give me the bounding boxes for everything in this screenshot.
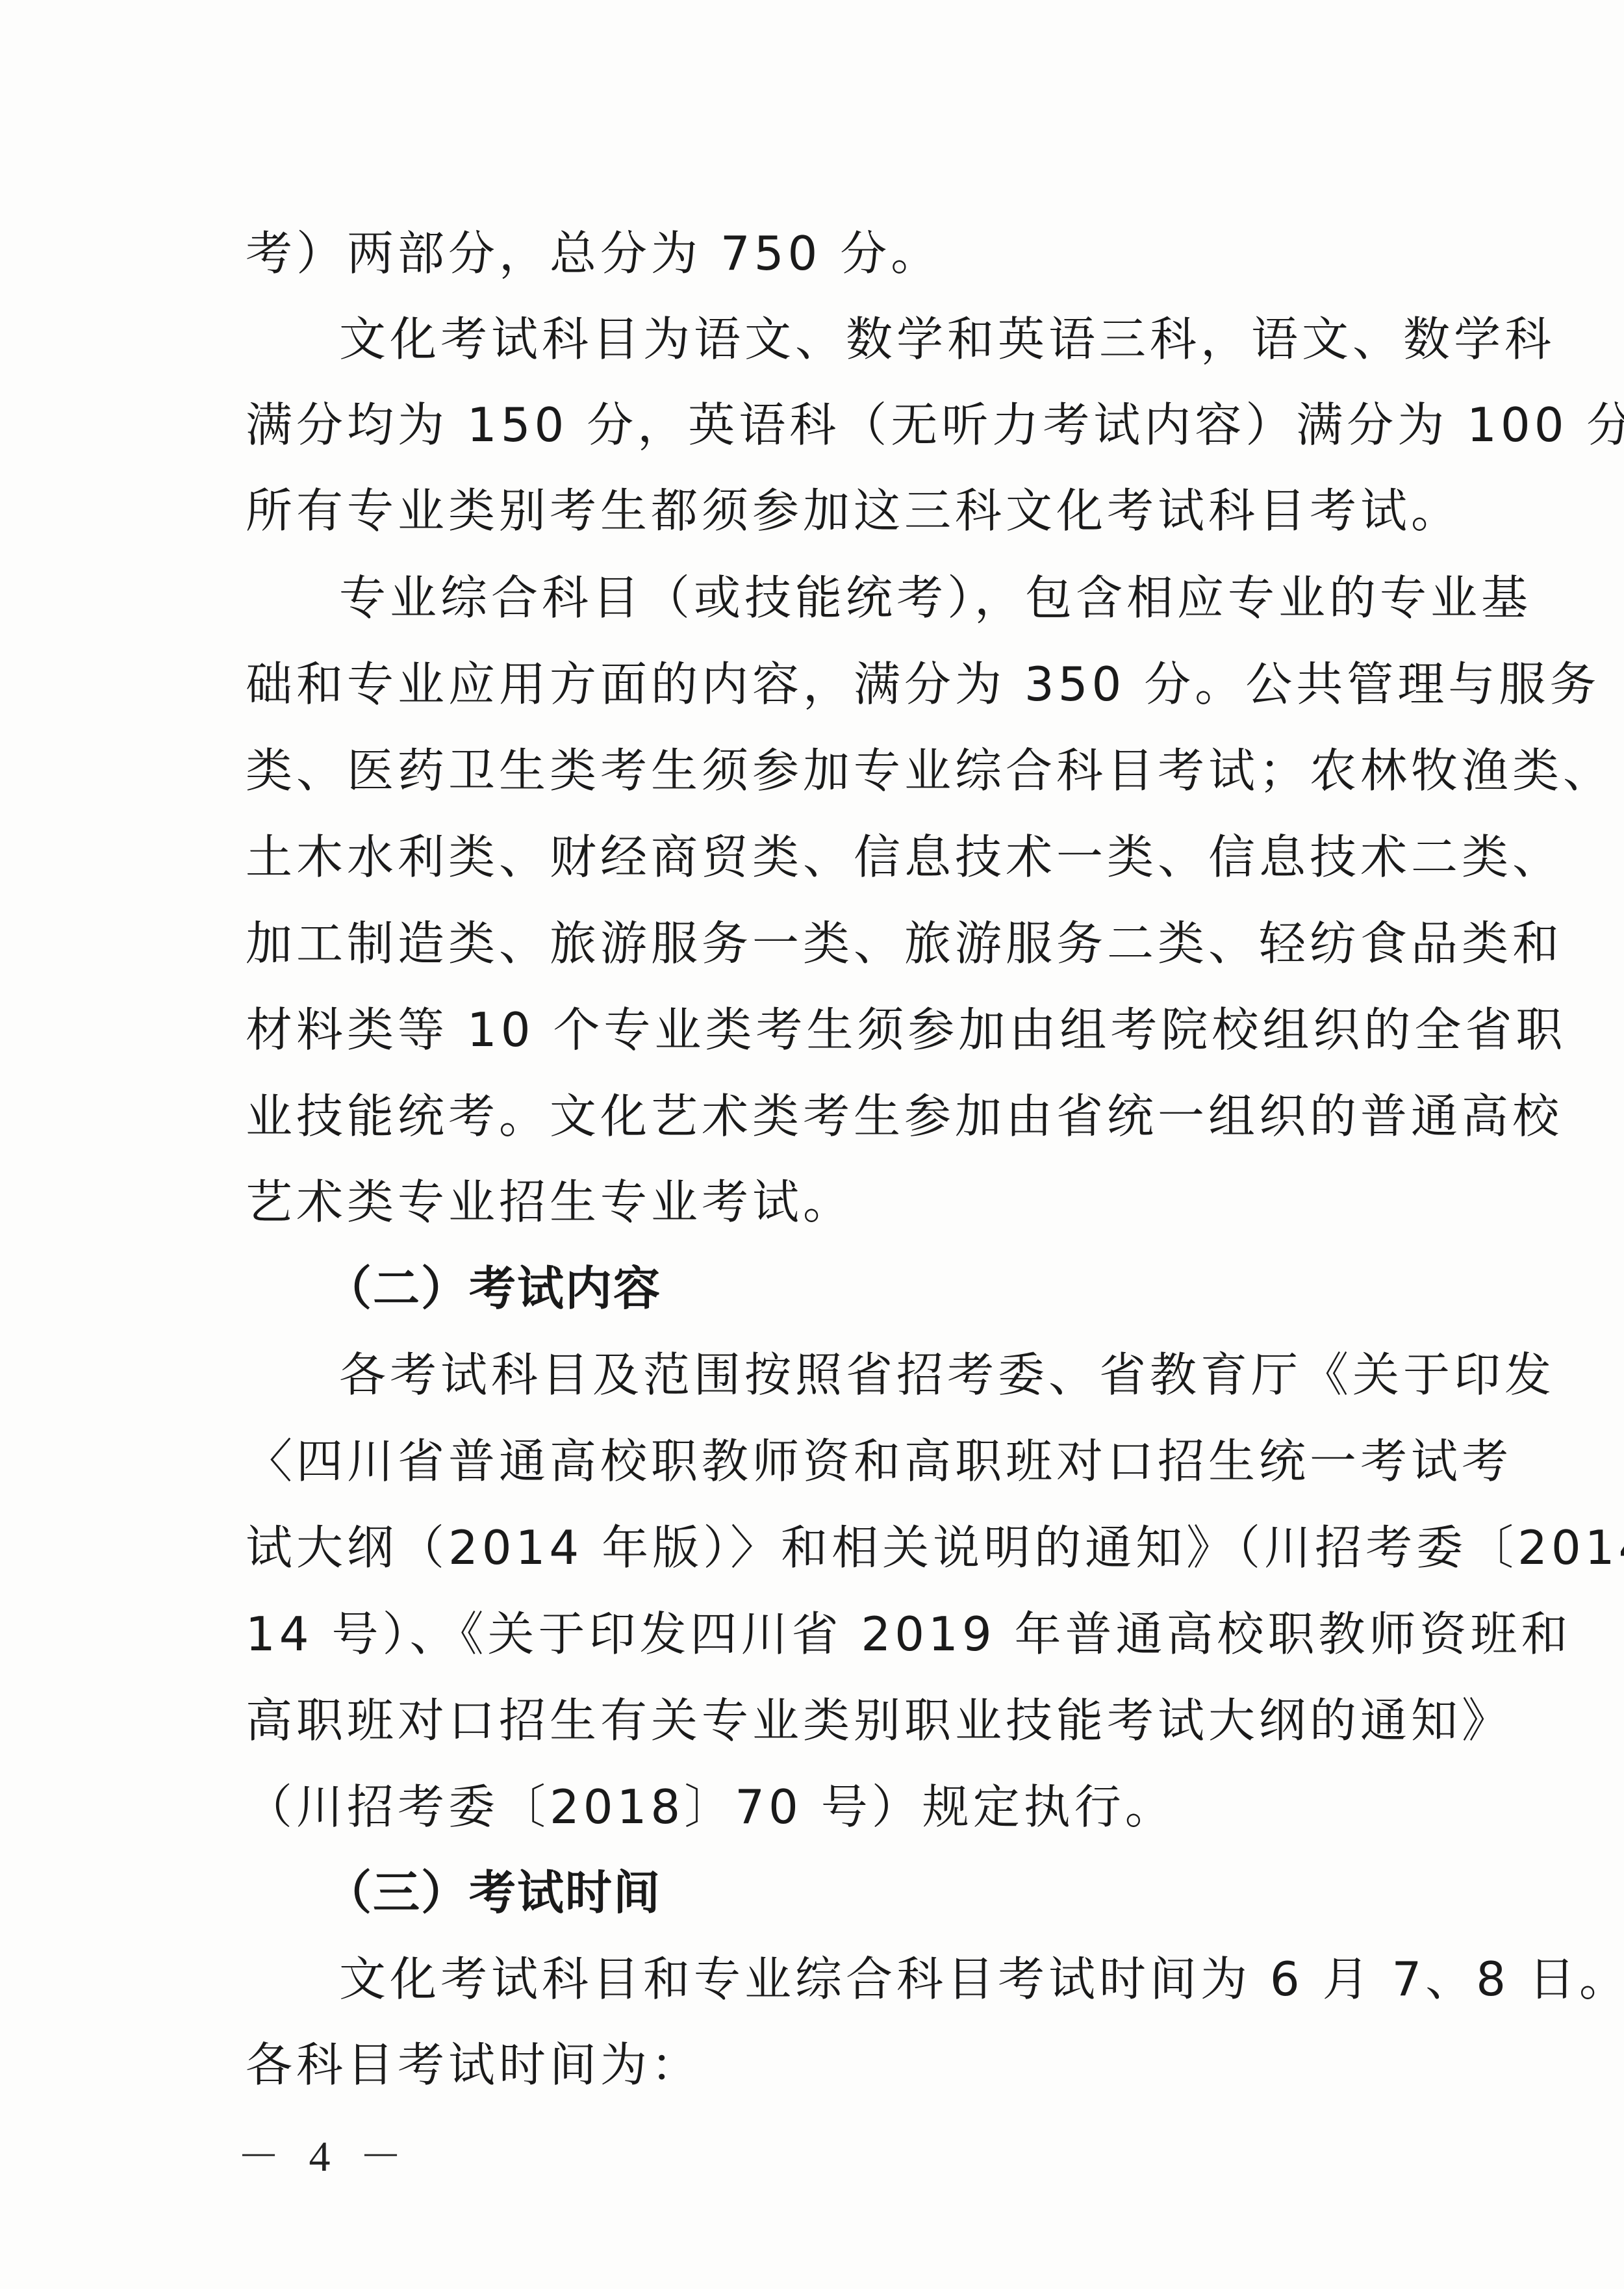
paragraph-line: 类、医药卫生类考生须参加专业综合科目考试；农林牧渔类、 [246,738,1373,803]
section-heading-exam-content: （二）考试内容 [325,1256,661,1321]
paragraph-line: 艺术类专业招生专业考试。 [246,1170,1373,1234]
paragraph-line: 材料类等 10 个专业类考生须参加由组考院校组织的全省职 [246,997,1373,1062]
paragraph-line: 专业综合科目（或技能统考），包含相应专业的专业基 [339,565,1373,630]
paragraph-line: （川招考委〔2018〕70 号）规定执行。 [246,1774,1373,1839]
paragraph-line: 高职班对口招生有关专业类别职业技能考试大纲的通知》 [246,1688,1373,1753]
section-heading-exam-time: （三）考试时间 [325,1860,661,1925]
paragraph-line: 所有专业类别考生都须参加这三科文化考试科目考试。 [246,478,1373,543]
paragraph-line: 满分均为 150 分，英语科（无听力考试内容）满分为 100 分； [246,392,1373,457]
page-number: － 4 － [237,2125,411,2190]
paragraph-line: 础和专业应用方面的内容，满分为 350 分。公共管理与服务 [246,652,1373,717]
paragraph-line: 14 号）、《关于印发四川省 2019 年普通高校职教师资班和 [246,1602,1373,1667]
paragraph-line: 文化考试科目为语文、数学和英语三科，语文、数学科 [339,307,1373,372]
paragraph-line: 加工制造类、旅游服务一类、旅游服务二类、轻纺食品类和 [246,911,1373,976]
paragraph-line: 土木水利类、财经商贸类、信息技术一类、信息技术二类、 [246,825,1373,889]
paragraph-line: 业技能统考。文化艺术类考生参加由省统一组织的普通高校 [246,1084,1373,1149]
paragraph-line: 各科目考试时间为： [246,2032,1373,2097]
paragraph-line: 各考试科目及范围按照省招考委、省教育厅《关于印发 [339,1342,1373,1407]
paragraph-line: 考）两部分，总分为 750 分。 [246,221,1373,286]
paragraph-line: 〈四川省普通高校职教师资和高职班对口招生统一考试考 [246,1429,1373,1494]
paragraph-line: 文化考试科目和专业综合科目考试时间为 6 月 7、8 日。 [339,1947,1373,2012]
document-page: 考）两部分，总分为 750 分。 文化考试科目为语文、数学和英语三科，语文、数学… [0,0,1624,2289]
paragraph-line: 试大纲（2014 年版）〉和相关说明的通知》（川招考委〔2014〕 [246,1515,1373,1580]
